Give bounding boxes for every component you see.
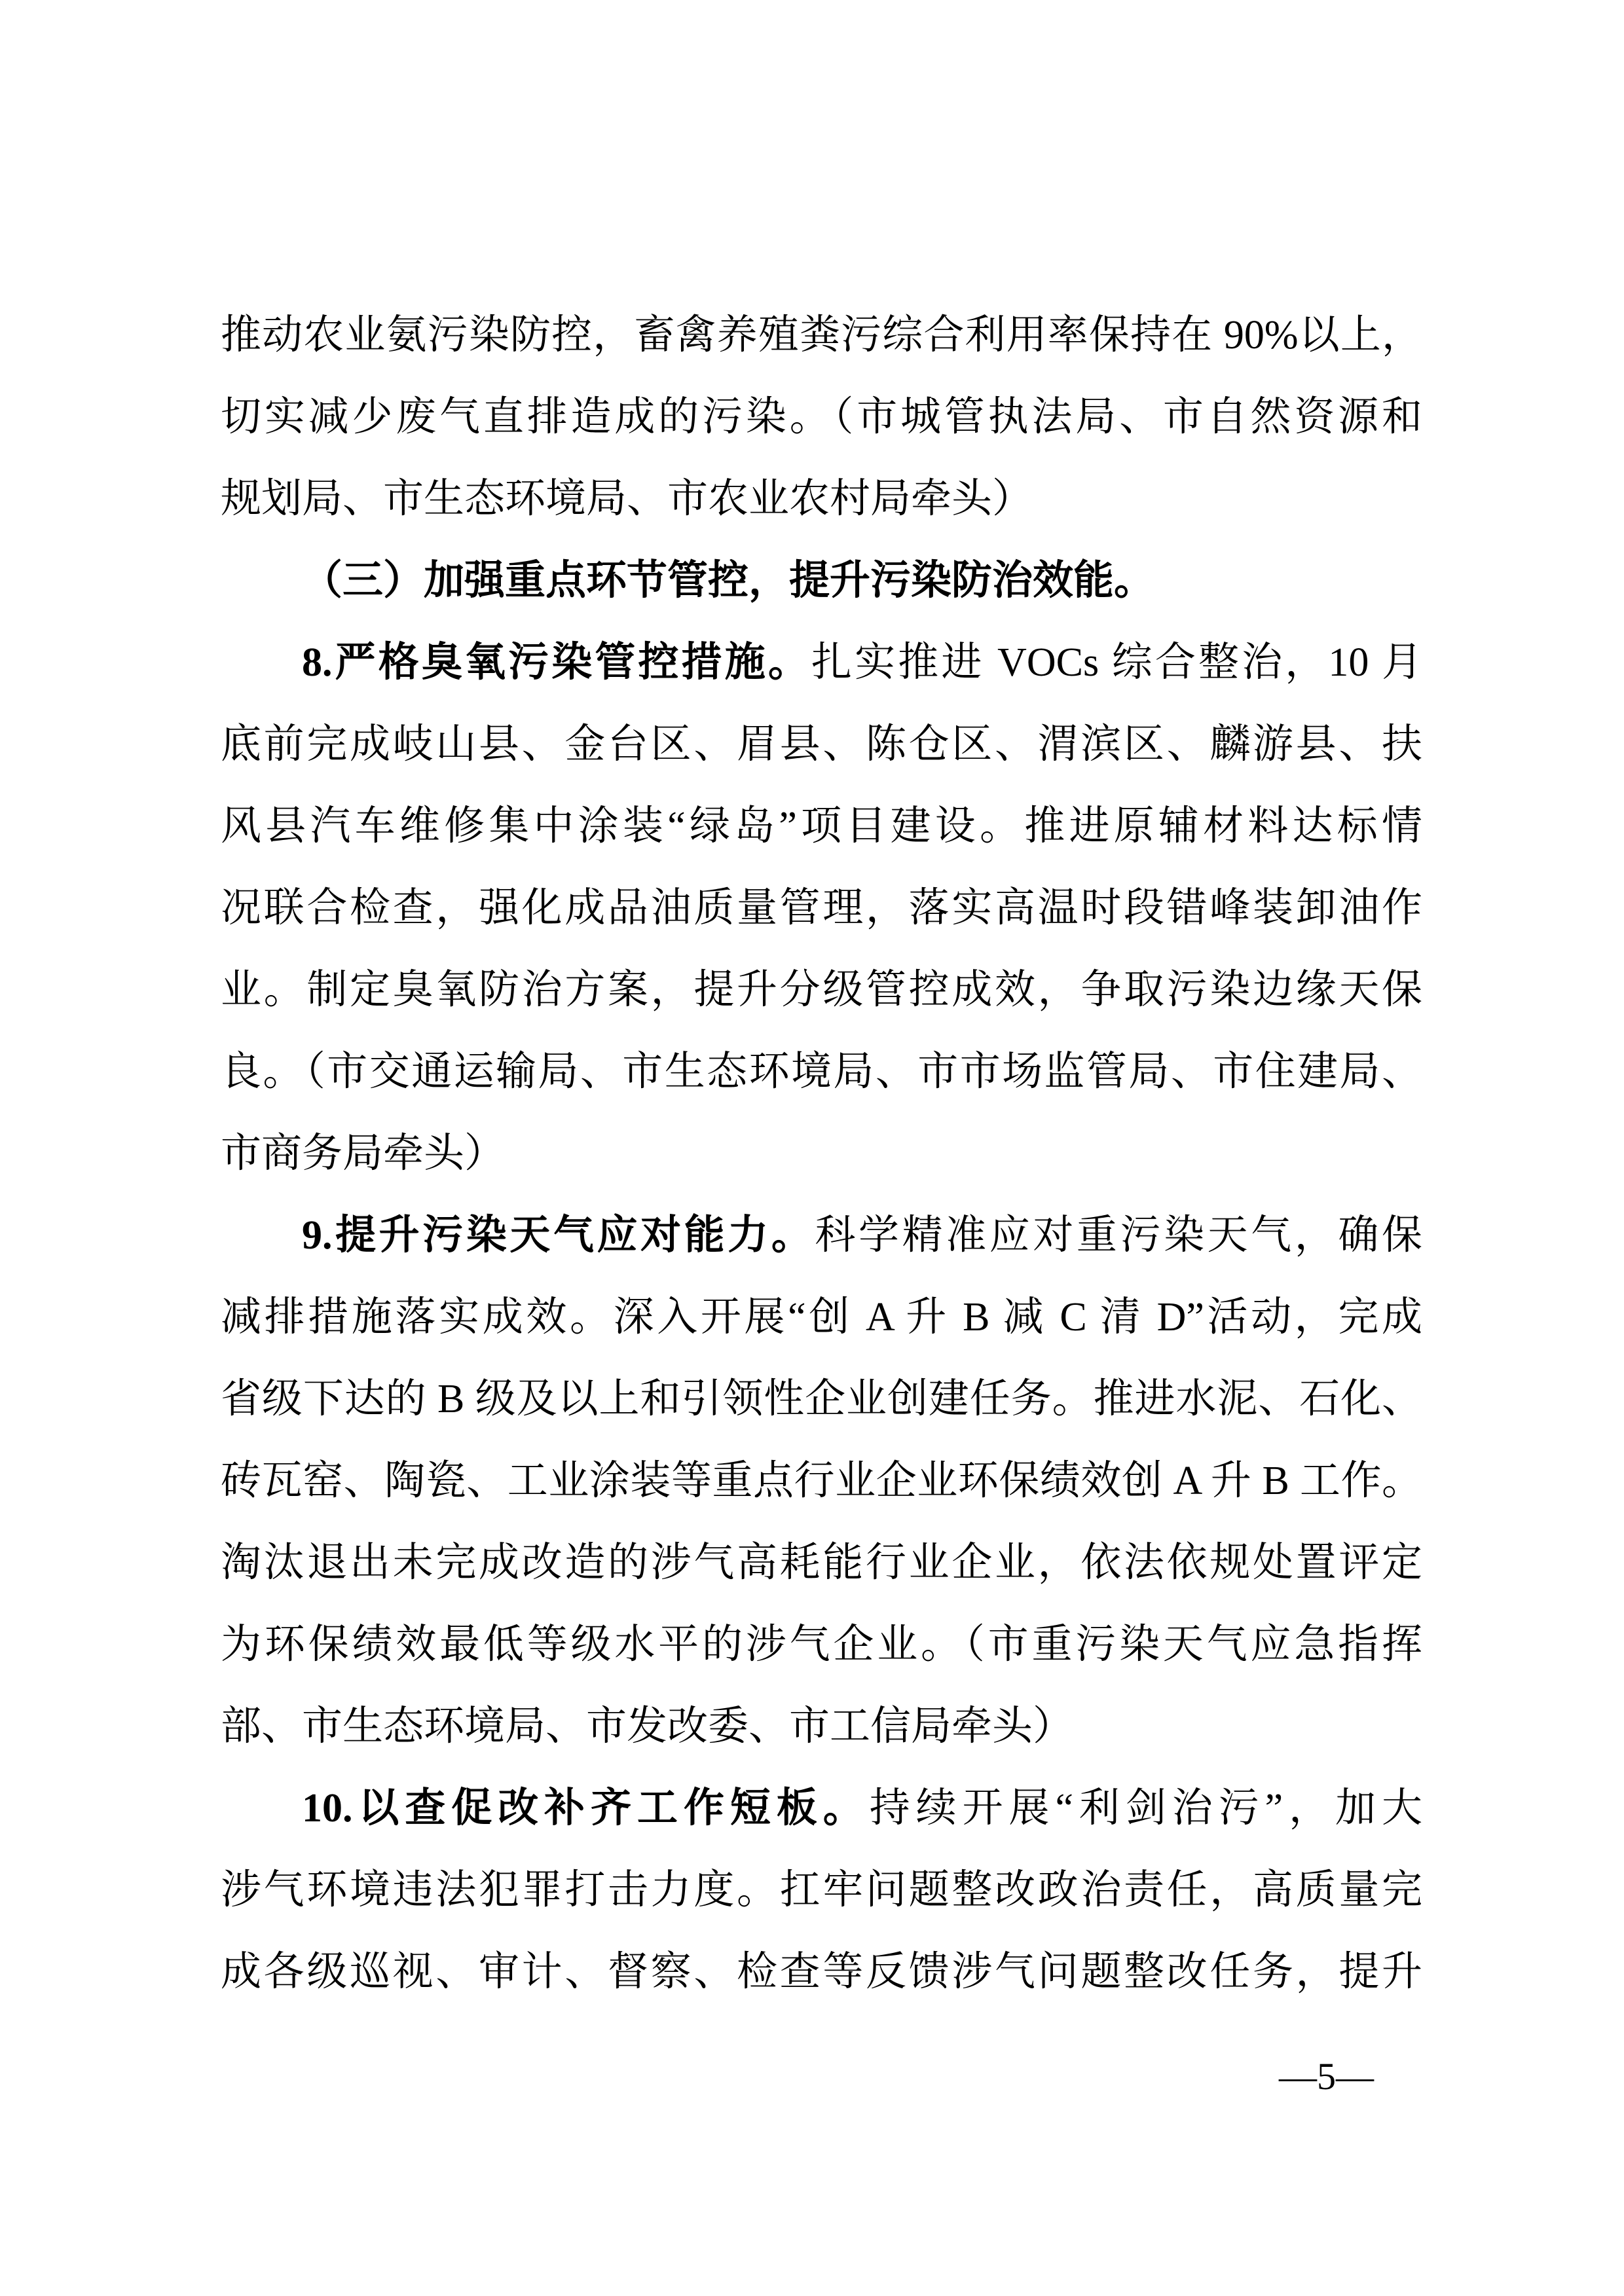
paragraph-lead-text: 9.提升污染天气应对能力。 bbox=[302, 1213, 815, 1258]
paragraph-text: 况联合检查，强化成品油质量管理，落实高温时段错峰装卸油作 bbox=[221, 886, 1422, 930]
text-line: 8.严格臭氧污染管控措施。扎实推进 VOCs 综合整治，10 月 bbox=[221, 622, 1422, 704]
text-line: 淘汰退出未完成改造的涉气高耗能行业企业，依法依规处置评定 bbox=[221, 1522, 1422, 1604]
text-line: 规划局、市生态环境局、市农业农村局牵头） bbox=[221, 458, 1422, 540]
text-line: 切实减少废气直排造成的污染。（市城管执法局、市自然资源和 bbox=[221, 376, 1422, 458]
paragraph-text: 省级下达的 B 级及以上和引领性企业创建任务。推进水泥、石化、 bbox=[221, 1377, 1422, 1421]
text-line: 况联合检查，强化成品油质量管理，落实高温时段错峰装卸油作 bbox=[221, 867, 1422, 949]
paragraph-text: 业。制定臭氧防治方案，提升分级管控成效，争取污染边缘天保 bbox=[221, 968, 1422, 1012]
paragraph-text: 科学精准应对重污染天气，确保 bbox=[815, 1213, 1422, 1258]
paragraph-text: 推动农业氨污染防控，畜禽养殖粪污综合利用率保持在 90%以上， bbox=[221, 313, 1422, 357]
text-line: 10.以查促改补齐工作短板。持续开展“利剑治污”，加大 bbox=[221, 1768, 1422, 1850]
text-line: 良。（市交通运输局、市生态环境局、市市场监管局、市住建局、 bbox=[221, 1031, 1422, 1113]
text-line: （三）加强重点环节管控，提升污染防治效能。 bbox=[221, 540, 1422, 622]
text-line: 市商务局牵头） bbox=[221, 1113, 1422, 1195]
paragraph-text: 风县汽车维修集中涂装“绿岛”项目建设。推进原辅材料达标情 bbox=[221, 804, 1422, 848]
paragraph-text: 为环保绩效最低等级水平的涉气企业。（市重污染天气应急指挥 bbox=[221, 1622, 1422, 1667]
text-line: 业。制定臭氧防治方案，提升分级管控成效，争取污染边缘天保 bbox=[221, 949, 1422, 1031]
page-number: —5— bbox=[1279, 2056, 1374, 2098]
text-line: 减排措施落实成效。深入开展“创 A 升 B 减 C 清 D”活动，完成 bbox=[221, 1277, 1422, 1358]
text-line: 砖瓦窑、陶瓷、工业涂装等重点行业企业环保绩效创 A 升 B 工作。 bbox=[221, 1440, 1422, 1522]
document-body: 推动农业氨污染防控，畜禽养殖粪污综合利用率保持在 90%以上，切实减少废气直排造… bbox=[221, 295, 1422, 2013]
paragraph-lead-text: （三）加强重点环节管控，提升污染防治效能。 bbox=[302, 558, 1154, 603]
paragraph-text: 涉气环境违法犯罪打击力度。扛牢问题整改政治责任，高质量完 bbox=[221, 1868, 1422, 1912]
paragraph-text: 底前完成岐山县、金台区、眉县、陈仓区、渭滨区、麟游县、扶 bbox=[221, 722, 1422, 767]
paragraph-text: 持续开展“利剑治污”，加大 bbox=[870, 1786, 1422, 1831]
text-line: 9.提升污染天气应对能力。科学精准应对重污染天气，确保 bbox=[221, 1195, 1422, 1277]
paragraph-text: 部、市生态环境局、市发改委、市工信局牵头） bbox=[221, 1704, 1073, 1749]
paragraph-text: 规划局、市生态环境局、市农业农村局牵头） bbox=[221, 477, 1033, 521]
text-line: 底前完成岐山县、金台区、眉县、陈仓区、渭滨区、麟游县、扶 bbox=[221, 704, 1422, 786]
paragraph-text: 减排措施落实成效。深入开展“创 A 升 B 减 C 清 D”活动，完成 bbox=[221, 1295, 1422, 1339]
paragraph-lead-text: 8.严格臭氧污染管控措施。 bbox=[302, 640, 811, 685]
text-line: 推动农业氨污染防控，畜禽养殖粪污综合利用率保持在 90%以上， bbox=[221, 295, 1422, 376]
text-line: 省级下达的 B 级及以上和引领性企业创建任务。推进水泥、石化、 bbox=[221, 1358, 1422, 1440]
paragraph-text: 成各级巡视、审计、督察、检查等反馈涉气问题整改任务，提升 bbox=[221, 1950, 1422, 1994]
text-line: 成各级巡视、审计、督察、检查等反馈涉气问题整改任务，提升 bbox=[221, 1931, 1422, 2013]
document-page: 推动农业氨污染防控，畜禽养殖粪污综合利用率保持在 90%以上，切实减少废气直排造… bbox=[0, 0, 1624, 2296]
paragraph-text: 扎实推进 VOCs 综合整治，10 月 bbox=[811, 640, 1422, 685]
paragraph-text: 良。（市交通运输局、市生态环境局、市市场监管局、市住建局、 bbox=[221, 1049, 1422, 1094]
paragraph-text: 市商务局牵头） bbox=[221, 1131, 505, 1176]
text-line: 风县汽车维修集中涂装“绿岛”项目建设。推进原辅材料达标情 bbox=[221, 786, 1422, 867]
paragraph-text: 切实减少废气直排造成的污染。（市城管执法局、市自然资源和 bbox=[221, 395, 1422, 439]
paragraph-text: 砖瓦窑、陶瓷、工业涂装等重点行业企业环保绩效创 A 升 B 工作。 bbox=[221, 1459, 1422, 1503]
paragraph-lead-text: 10.以查促改补齐工作短板。 bbox=[302, 1786, 870, 1831]
text-line: 涉气环境违法犯罪打击力度。扛牢问题整改政治责任，高质量完 bbox=[221, 1850, 1422, 1931]
paragraph-text: 淘汰退出未完成改造的涉气高耗能行业企业，依法依规处置评定 bbox=[221, 1540, 1422, 1585]
text-line: 为环保绩效最低等级水平的涉气企业。（市重污染天气应急指挥 bbox=[221, 1604, 1422, 1686]
text-line: 部、市生态环境局、市发改委、市工信局牵头） bbox=[221, 1686, 1422, 1768]
